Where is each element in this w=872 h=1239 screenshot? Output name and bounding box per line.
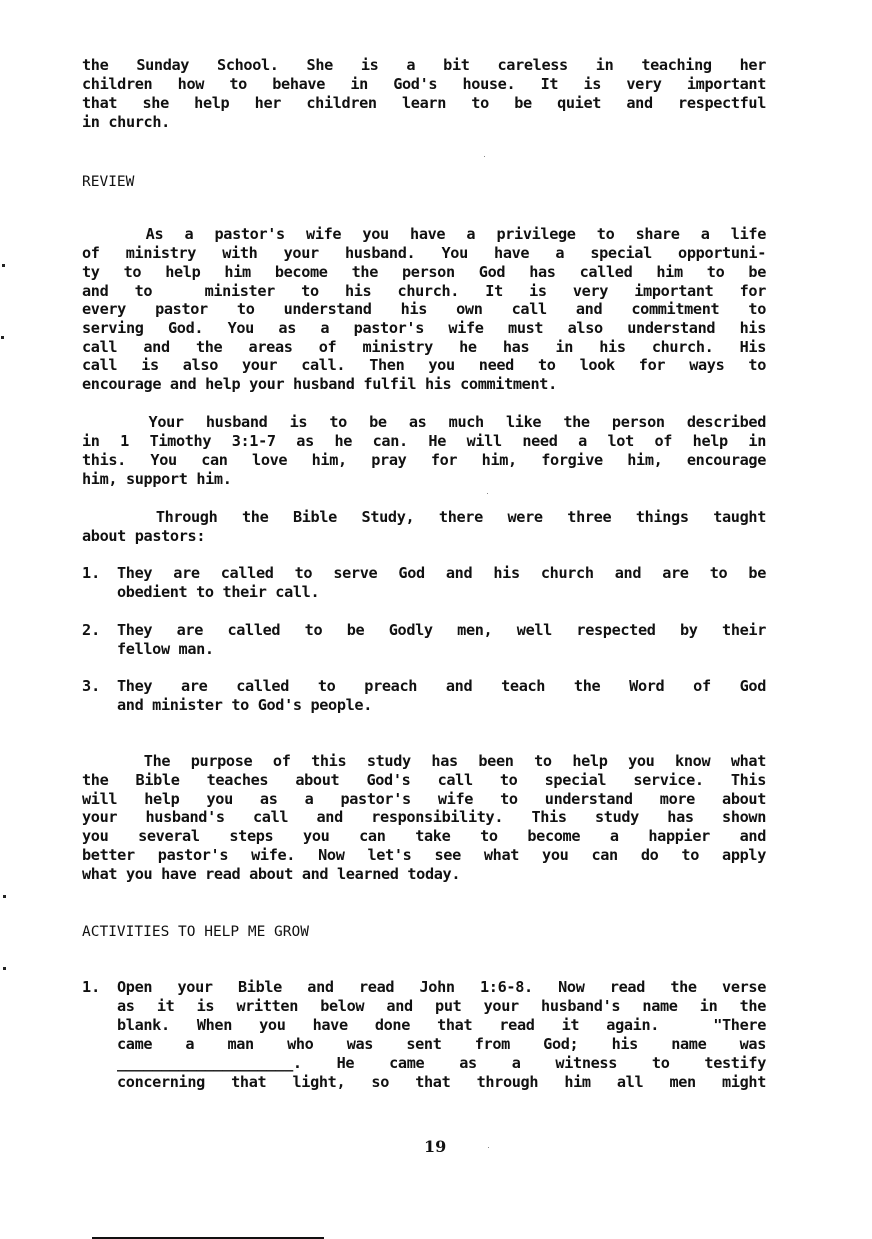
scan-speck xyxy=(3,895,6,898)
fill-in-blank-line: ____________________. He came as a witne… xyxy=(117,1054,766,1073)
body-text-line: serving God. You as a pastor's wife must… xyxy=(82,319,766,338)
body-text-line: As a pastor's wife you have a privilege … xyxy=(82,225,766,244)
scan-speck xyxy=(1,336,4,339)
body-text-line: him, support him. xyxy=(82,470,766,489)
body-text-line: children how to behave in God's house. I… xyxy=(82,75,766,94)
scan-dot xyxy=(484,156,485,157)
list-item-line: They are called to preach and teach the … xyxy=(117,677,766,696)
body-text-line: this. You can love him, pray for him, fo… xyxy=(82,451,766,470)
activity-line: Open your Bible and read John 1:6-8. Now… xyxy=(117,978,766,997)
body-text-line: of ministry with your husband. You have … xyxy=(82,244,766,263)
body-text-line: call and the areas of ministry he has in… xyxy=(82,338,766,357)
page-number: 19 xyxy=(424,1137,446,1156)
list-item-line: They are called to be Godly men, well re… xyxy=(117,621,766,640)
list-item-line: and minister to God's people. xyxy=(117,696,766,715)
body-text-line: every pastor to understand his own call … xyxy=(82,300,766,319)
list-number: 3. xyxy=(82,677,100,696)
body-text-line: better pastor's wife. Now let's see what… xyxy=(82,846,766,865)
list-item-line: They are called to serve God and his chu… xyxy=(117,564,766,583)
section-heading-activities: ACTIVITIES TO HELP ME GROW xyxy=(82,923,309,942)
body-text-line: the Bible teaches about God's call to sp… xyxy=(82,771,766,790)
body-text-line: will help you as a pastor's wife to unde… xyxy=(82,790,766,809)
body-text-line: in 1 Timothy 3:1-7 as he can. He will ne… xyxy=(82,432,766,451)
body-text-line: about pastors: xyxy=(82,527,766,546)
scan-speck xyxy=(2,264,5,267)
body-text-line: that she help her children learn to be q… xyxy=(82,94,766,113)
body-text-line: The purpose of this study has been to he… xyxy=(82,752,766,771)
activity-line: came a man who was sent from God; his na… xyxy=(117,1035,766,1054)
body-text-line: encourage and help your husband fulfil h… xyxy=(82,375,766,394)
list-number: 1. xyxy=(82,978,100,997)
body-text-line: in church. xyxy=(82,113,766,132)
section-heading-review: REVIEW xyxy=(82,173,134,192)
list-item-line: fellow man. xyxy=(117,640,766,659)
list-number: 2. xyxy=(82,621,100,640)
scan-dot xyxy=(487,493,488,494)
body-text-line: call is also your call. Then you need to… xyxy=(82,356,766,375)
scan-dot xyxy=(488,1147,489,1148)
body-text-line: and to minister to his church. It is ver… xyxy=(82,282,766,301)
body-text-line: Your husband is to be as much like the p… xyxy=(82,413,766,432)
activity-line: as it is written below and put your husb… xyxy=(117,997,766,1016)
body-text-line: Through the Bible Study, there were thre… xyxy=(82,508,766,527)
list-number: 1. xyxy=(82,564,100,583)
activity-line: blank. When you have done that read it a… xyxy=(117,1016,766,1035)
scan-speck xyxy=(3,967,6,970)
list-item-line: obedient to their call. xyxy=(117,583,766,602)
activity-line: concerning that light, so that through h… xyxy=(117,1073,766,1092)
body-text-line: your husband's call and responsibility. … xyxy=(82,808,766,827)
body-text-line: you several steps you can take to become… xyxy=(82,827,766,846)
body-text-line: the Sunday School. She is a bit careless… xyxy=(82,56,766,75)
body-text-line: ty to help him become the person God has… xyxy=(82,263,766,282)
body-text-line: what you have read about and learned tod… xyxy=(82,865,766,884)
